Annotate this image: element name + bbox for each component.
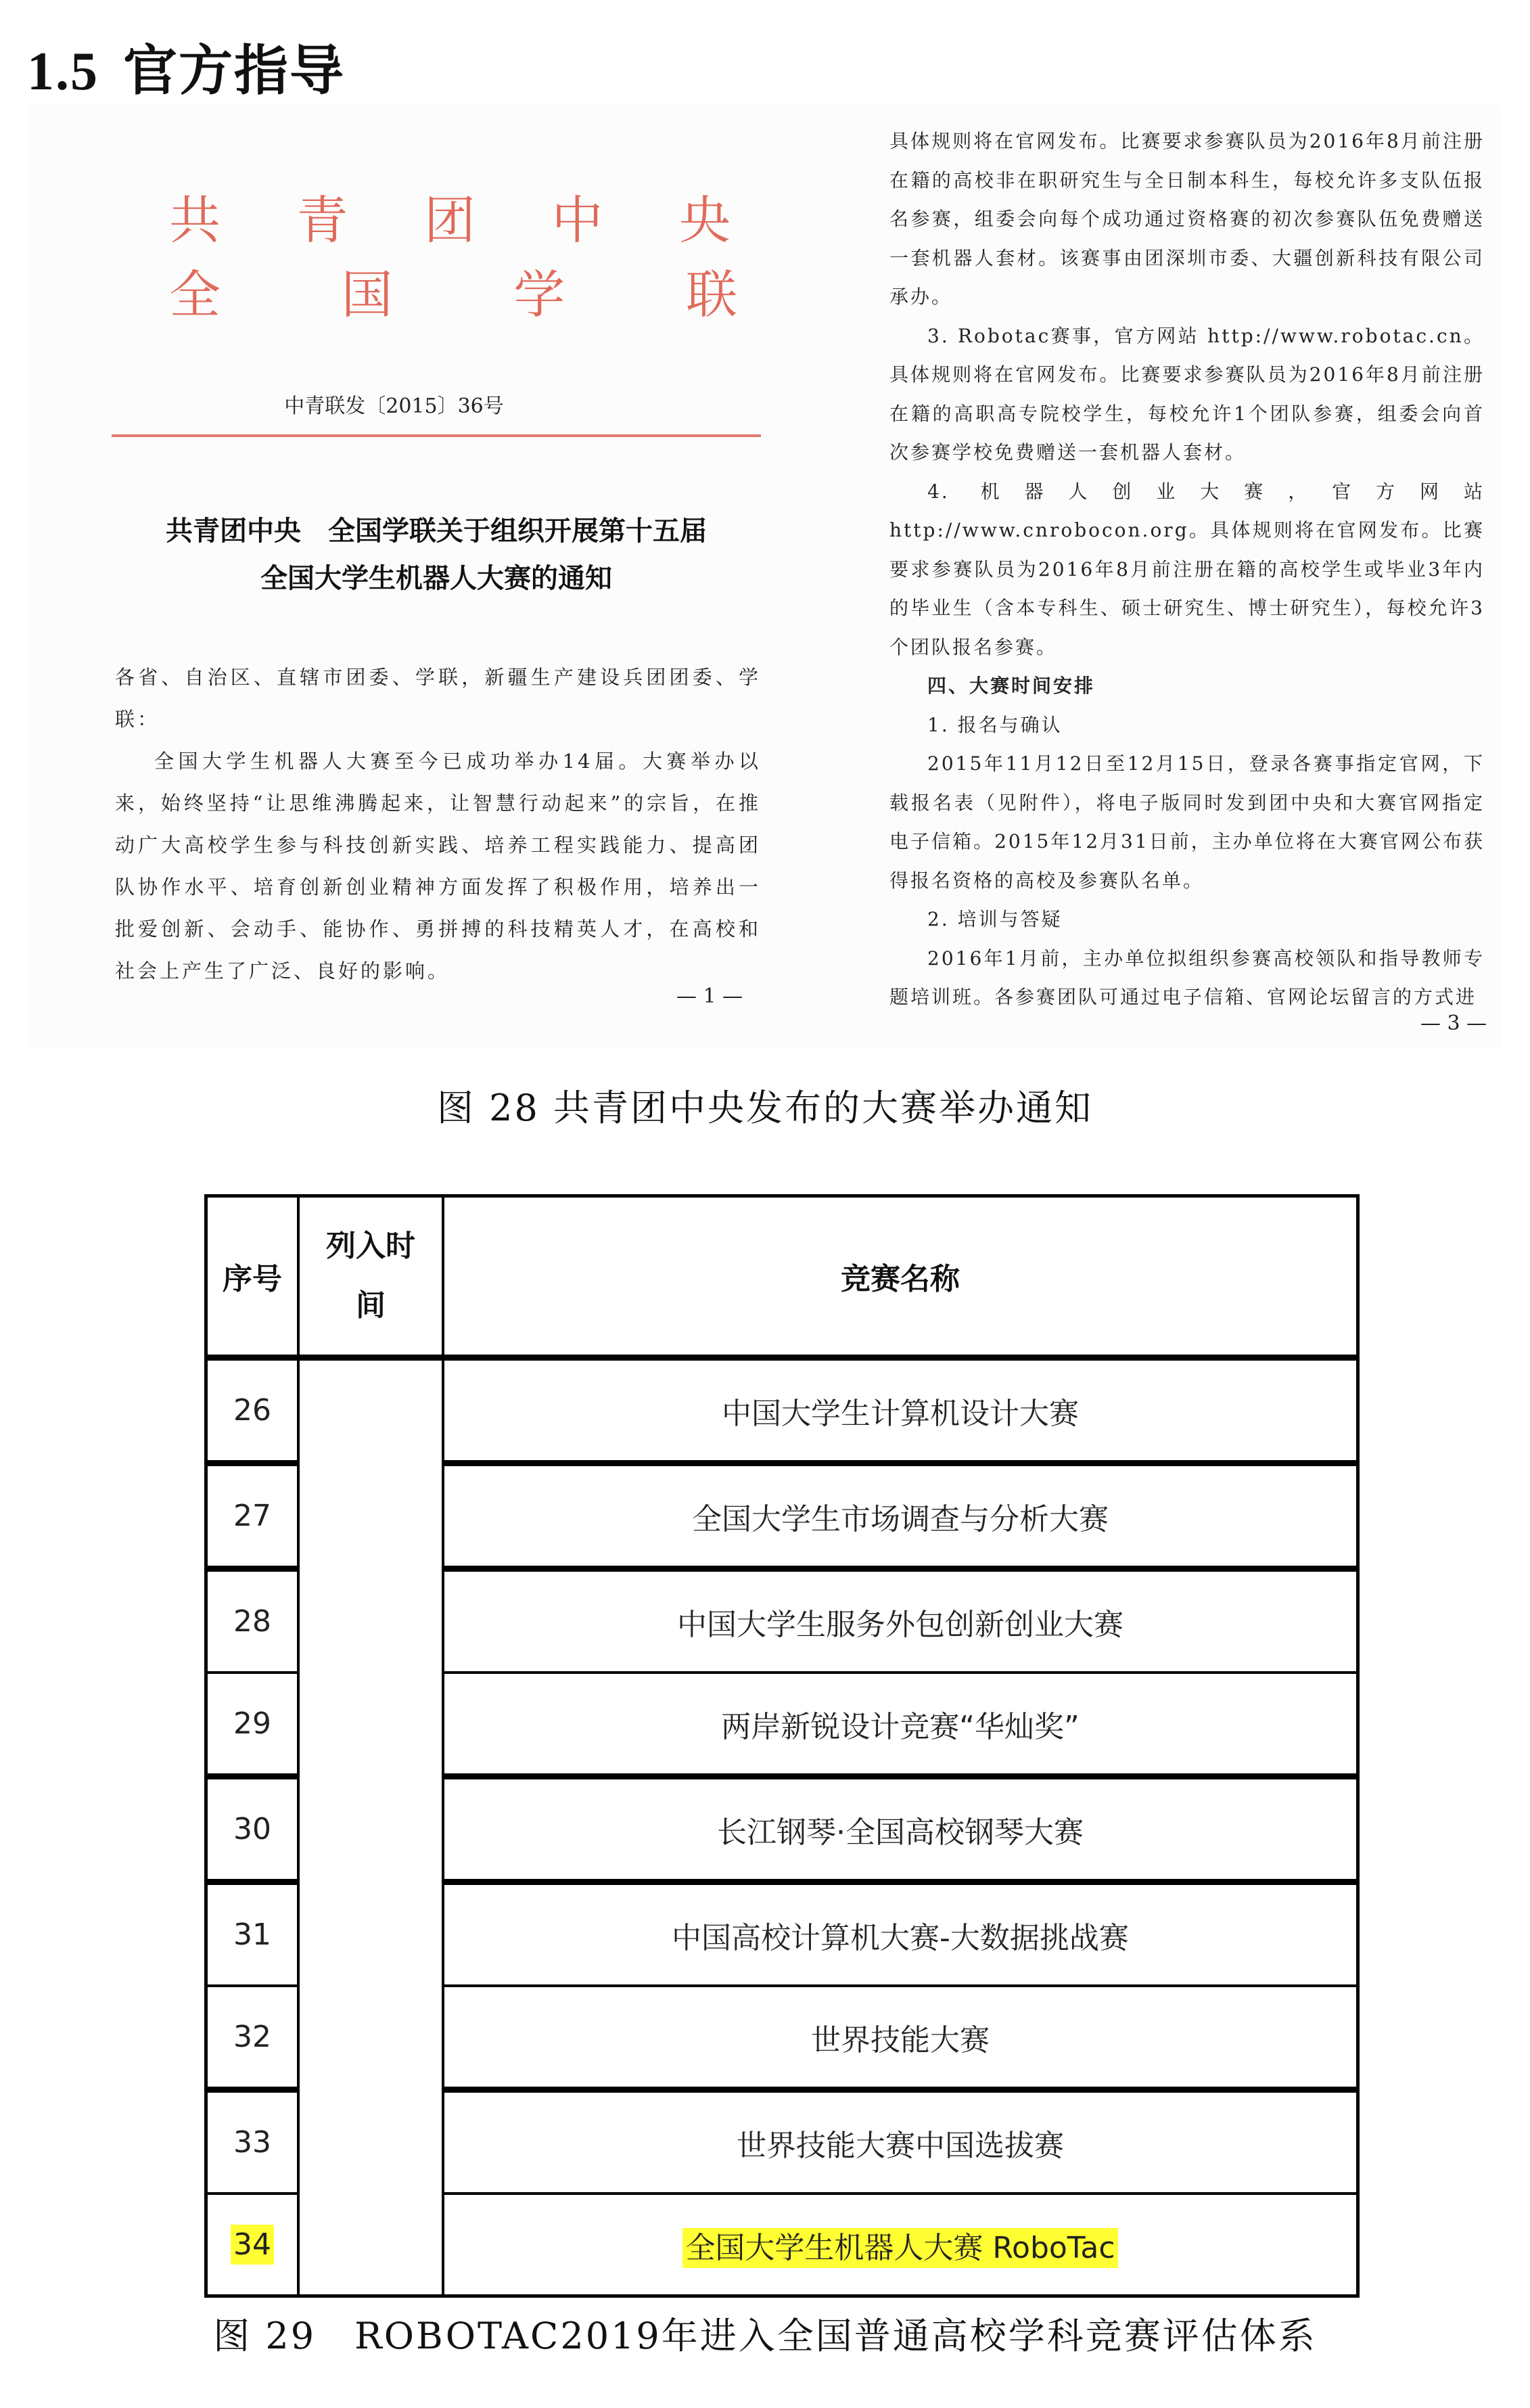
row-seq: 30 <box>206 1777 299 1882</box>
body-paragraph: 2016年1月前，主办单位拟组织参赛高校领队和指导教师专题培训班。各参赛团队可通… <box>889 939 1485 1017</box>
highlight-name: 全国大学生机器人大赛 RoboTac <box>682 2228 1117 2268</box>
masthead-char: 联 <box>686 254 737 327</box>
body-paragraph: 具体规则将在官网发布。比赛要求参赛队员为2016年8月前注册在籍的高校非在职研究… <box>889 122 1485 317</box>
header-time: 列入时 间 <box>298 1196 443 1358</box>
figure-28-caption: 图 28 共青团中央发布的大赛举办通知 <box>0 1079 1530 1131</box>
row-seq: 28 <box>206 1569 299 1673</box>
subheading: 1. 报名与确认 <box>889 706 1485 745</box>
masthead-line-2: 全 国 学 联 <box>169 254 737 327</box>
masthead-char: 全 <box>169 254 221 327</box>
red-divider <box>112 434 761 437</box>
row-seq: 33 <box>206 2090 299 2194</box>
body-paragraph: 2015年11月12日至12月15日，登录各赛事指定官网，下载报名表（见附件），… <box>889 744 1485 900</box>
masthead-char: 团 <box>424 179 476 253</box>
body-paragraph: 3. Robotac赛事，官方网站 http://www.robotac.cn。… <box>889 317 1485 472</box>
row-seq: 34 <box>206 2194 299 2296</box>
masthead-char: 青 <box>297 179 348 253</box>
row-name: 世界技能大赛中国选拔赛 <box>443 2090 1358 2194</box>
row-seq: 27 <box>206 1463 299 1569</box>
row-seq: 32 <box>206 1986 299 2090</box>
row-time-merged <box>298 1358 443 2296</box>
masthead-line-1: 共 青 团 中 央 <box>169 179 731 253</box>
masthead-char: 国 <box>342 254 393 327</box>
notice-page-3: 具体规则将在官网发布。比赛要求参赛队员为2016年8月前注册在籍的高校非在职研究… <box>845 105 1502 1049</box>
body-paragraph: 全国大学生机器人大赛至今已成功举办14届。大赛举办以来，始终坚持“让思维沸腾起来… <box>115 740 761 992</box>
header-time-line: 列入时 <box>300 1217 442 1276</box>
row-name: 两岸新锐设计竞赛“华灿奖” <box>443 1673 1358 1777</box>
highlight-seq: 34 <box>231 2225 274 2265</box>
notice-title: 共青团中央 全国学联关于组织开展第十五届 全国大学生机器人大赛的通知 <box>68 507 805 602</box>
row-name: 中国大学生计算机设计大赛 <box>443 1358 1358 1463</box>
masthead-char: 央 <box>679 179 731 253</box>
document-number: 中青联发〔2015〕36号 <box>27 389 761 419</box>
notice-body-right: 具体规则将在官网发布。比赛要求参赛队员为2016年8月前注册在籍的高校非在职研究… <box>889 122 1485 1017</box>
row-seq: 26 <box>206 1358 299 1463</box>
masthead-char: 中 <box>552 179 603 253</box>
subheading: 2. 培训与答疑 <box>889 900 1485 939</box>
page-number: — 1 — <box>676 984 743 1008</box>
salutation: 各省、自治区、直辖市团委、学联，新疆生产建设兵团团委、学联： <box>115 656 761 740</box>
row-name: 全国大学生机器人大赛 RoboTac <box>443 2194 1358 2296</box>
masthead-char: 学 <box>513 254 565 327</box>
header-name: 竞赛名称 <box>443 1196 1358 1358</box>
section-heading: 1.5官方指导 <box>27 27 345 105</box>
section-number: 1.5 <box>27 42 99 101</box>
notice-page-1: 共 青 团 中 央 全 国 学 联 中青联发〔2015〕36号 共青团中央 全国… <box>27 105 839 1049</box>
row-name: 中国高校计算机大赛-大数据挑战赛 <box>443 1882 1358 1986</box>
notice-title-line: 全国大学生机器人大赛的通知 <box>68 555 805 602</box>
table-header-row: 序号 列入时 间 竞赛名称 <box>206 1196 1358 1358</box>
masthead-char: 共 <box>169 179 221 253</box>
row-seq: 31 <box>206 1882 299 1986</box>
row-name: 长江钢琴·全国高校钢琴大赛 <box>443 1777 1358 1882</box>
row-name: 全国大学生市场调查与分析大赛 <box>443 1463 1358 1569</box>
table-row: 26 中国大学生计算机设计大赛 <box>206 1358 1358 1463</box>
row-name: 世界技能大赛 <box>443 1986 1358 2090</box>
competition-table: 序号 列入时 间 竞赛名称 26 中国大学生计算机设计大赛 27 全国大学生市场… <box>204 1194 1360 2298</box>
notice-body: 各省、自治区、直辖市团委、学联，新疆生产建设兵团团委、学联： 全国大学生机器人大… <box>115 656 761 992</box>
page-number: — 3 — <box>1420 1012 1487 1035</box>
row-seq: 29 <box>206 1673 299 1777</box>
header-time-line: 间 <box>300 1276 442 1336</box>
notice-scan-image: 共 青 团 中 央 全 国 学 联 中青联发〔2015〕36号 共青团中央 全国… <box>27 105 1502 1049</box>
section-heading-4: 四、大赛时间安排 <box>889 666 1485 706</box>
header-seq: 序号 <box>206 1196 299 1358</box>
body-paragraph: 4. 机器人创业大赛，官方网站 http://www.cnrobocon.org… <box>889 472 1485 667</box>
notice-title-line: 共青团中央 全国学联关于组织开展第十五届 <box>68 507 805 555</box>
row-name: 中国大学生服务外包创新创业大赛 <box>443 1569 1358 1673</box>
figure-29-caption: 图 29 ROBOTAC2019年进入全国普通高校学科竞赛评估体系 <box>0 2307 1530 2359</box>
section-title: 官方指导 <box>123 42 345 101</box>
